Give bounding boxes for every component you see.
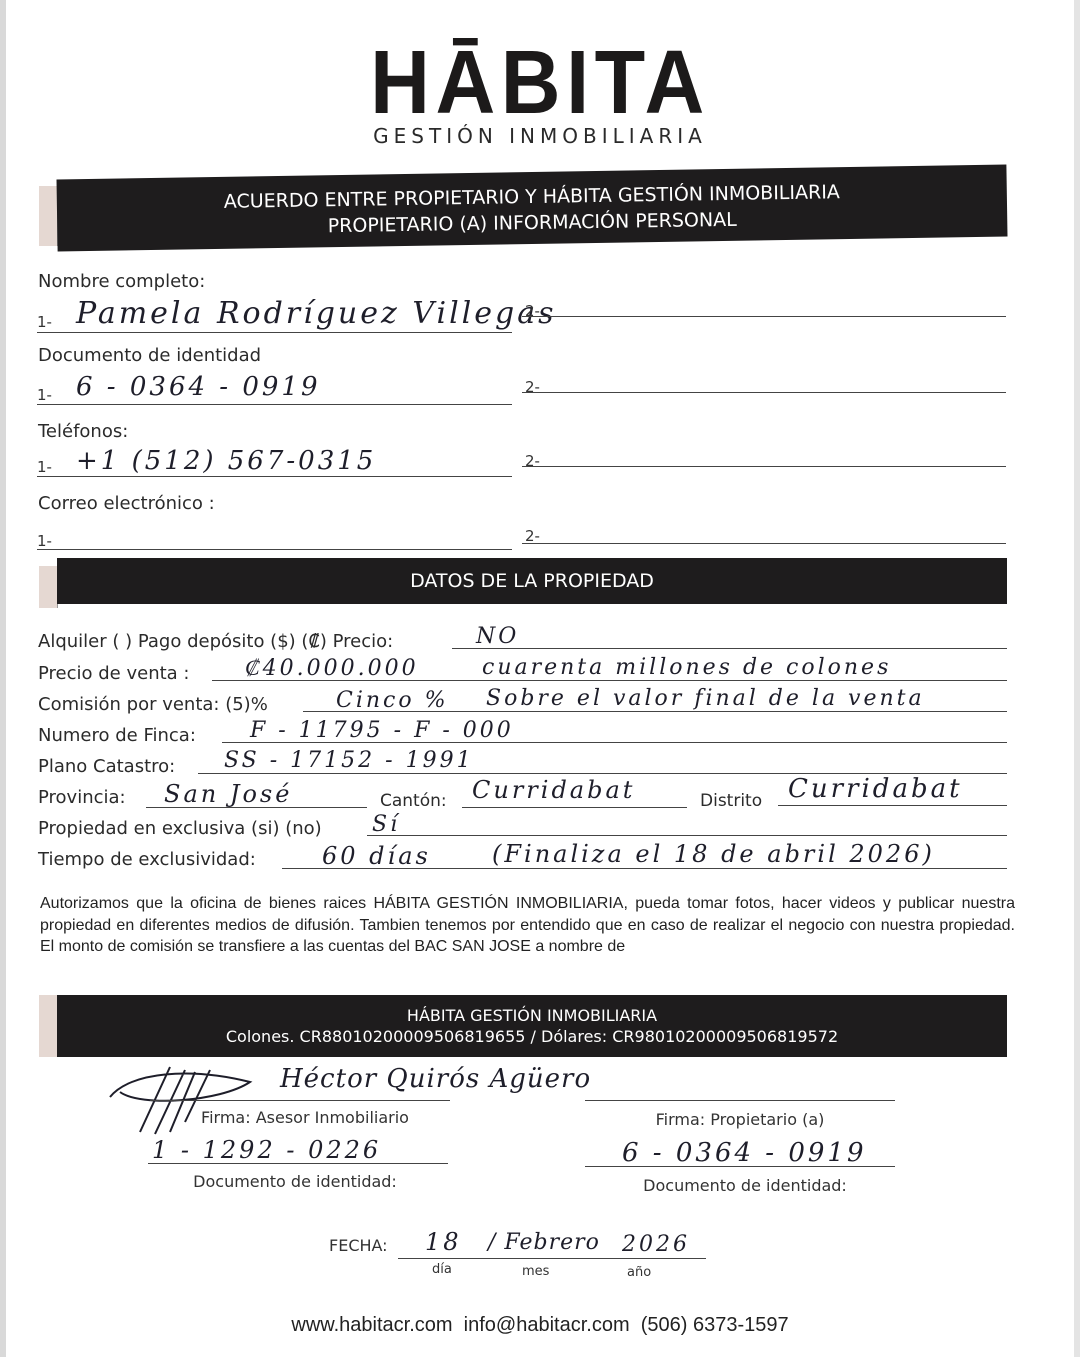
phones-2-line xyxy=(522,466,1006,467)
id-document-1-line xyxy=(37,404,512,405)
finca-line xyxy=(222,742,1007,743)
id-document-1-prefix: 1- xyxy=(37,386,52,404)
date-day-label: día xyxy=(432,1262,452,1277)
footer-website[interactable]: www.habitacr.com xyxy=(291,1314,452,1336)
district-label: Distrito xyxy=(700,791,762,811)
page-edge-right xyxy=(1074,0,1080,1357)
province-value[interactable]: San José xyxy=(164,780,292,808)
authorization-text: Autorizamos que la oficina de bienes rai… xyxy=(40,893,1015,958)
advisor-id-value[interactable]: 1 - 1292 - 0226 xyxy=(152,1136,381,1164)
rental-value[interactable]: NO xyxy=(476,624,519,649)
band-tab xyxy=(39,186,58,246)
footer-email[interactable]: info@habitacr.com xyxy=(464,1314,630,1336)
email-1-line xyxy=(37,549,512,550)
email-1-prefix: 1- xyxy=(37,532,52,550)
section-property-header: DATOS DE LA PROPIEDAD xyxy=(57,558,1007,604)
district-value[interactable]: Curridabat xyxy=(788,774,963,804)
date-month-label: mes xyxy=(522,1264,549,1279)
finca-label: Numero de Finca: xyxy=(38,725,196,746)
advisor-signature-scribble xyxy=(100,1062,260,1142)
full-name-label: Nombre completo: xyxy=(38,271,205,292)
id-document-1-value[interactable]: 6 - 0364 - 0919 xyxy=(76,372,321,402)
phones-1-prefix: 1- xyxy=(37,458,52,476)
advisor-id-label: Documento de identidad: xyxy=(140,1172,450,1191)
district-line xyxy=(778,805,1007,806)
owner-signature-line xyxy=(585,1100,895,1101)
date-label: FECHA: xyxy=(329,1236,388,1255)
full-name-1-prefix: 1- xyxy=(37,313,52,331)
commission-words[interactable]: Sobre el valor final de la venta xyxy=(486,686,925,711)
brand-logo: HĀBITA xyxy=(43,38,1037,128)
canton-label: Cantón: xyxy=(380,791,447,811)
canton-value[interactable]: Curridabat xyxy=(472,776,635,804)
date-month[interactable]: / Febrero xyxy=(488,1230,600,1255)
full-name-2-line xyxy=(522,316,1006,317)
exclusive-time-note[interactable]: (Finaliza el 18 de abril 2026) xyxy=(492,840,935,868)
bank-info-header: HÁBITA GESTIÓN INMOBILIARIA Colones. CR8… xyxy=(57,995,1007,1057)
brand-tagline: GESTIÓN INMOBILIARIA xyxy=(0,124,1080,148)
exclusive-time-value[interactable]: 60 días xyxy=(322,842,431,870)
bank-accounts: Colones. CR88010200009506819655 / Dólare… xyxy=(57,1026,1007,1047)
commission-label: Comisión por venta: (5)% xyxy=(38,694,268,715)
footer-phone: (506) 6373-1597 xyxy=(641,1314,789,1336)
finca-value[interactable]: F - 11795 - F - 000 xyxy=(250,718,514,743)
exclusive-line xyxy=(367,835,1007,836)
phones-2-prefix: 2- xyxy=(525,452,540,470)
footer-contact: www.habitacr.com info@habitacr.com (506)… xyxy=(0,1314,1080,1337)
band-tab xyxy=(39,995,58,1057)
date-year-label: año xyxy=(627,1265,651,1280)
date-year[interactable]: 2026 xyxy=(622,1232,690,1257)
exclusive-label: Propiedad en exclusiva (si) (no) xyxy=(38,818,322,839)
rental-label: Alquiler ( ) Pago depósito ($) (₡) Preci… xyxy=(38,631,393,652)
id-document-2-prefix: 2- xyxy=(525,378,540,396)
full-name-1-line xyxy=(37,332,512,333)
phones-1-value[interactable]: +1 (512) 567-0315 xyxy=(76,446,376,476)
owner-id-label: Documento de identidad: xyxy=(590,1176,900,1195)
advisor-name[interactable]: Héctor Quirós Agüero xyxy=(280,1064,591,1094)
sale-price-words[interactable]: cuarenta millones de colones xyxy=(482,655,891,680)
id-document-label: Documento de identidad xyxy=(38,345,261,366)
owner-signature-label: Firma: Propietario (a) xyxy=(585,1110,895,1129)
owner-id-value[interactable]: 6 - 0364 - 0919 xyxy=(622,1138,867,1168)
email-2-line xyxy=(522,543,1006,544)
bank-title: HÁBITA GESTIÓN INMOBILIARIA xyxy=(57,1005,1007,1026)
commission-value[interactable]: Cinco % xyxy=(336,688,449,713)
exclusive-time-label: Tiempo de exclusividad: xyxy=(38,849,256,870)
cadastre-label: Plano Catastro: xyxy=(38,756,175,777)
phones-1-line xyxy=(37,476,512,477)
section-owner-header: ACUERDO ENTRE PROPIETARIO Y HÁBITA GESTI… xyxy=(56,165,1007,252)
cadastre-value[interactable]: SS - 17152 - 1991 xyxy=(224,748,474,773)
advisor-id-line xyxy=(148,1163,448,1164)
id-document-2-line xyxy=(522,392,1006,393)
sale-price-line xyxy=(212,680,1007,681)
full-name-1-value[interactable]: Pamela Rodríguez Villegas xyxy=(76,296,557,331)
band-tab xyxy=(39,566,58,608)
page-edge-left xyxy=(0,0,6,1357)
sale-price-value[interactable]: ₡40.000.000 xyxy=(245,655,419,681)
date-line xyxy=(398,1258,706,1259)
exclusive-value[interactable]: Sí xyxy=(372,812,400,837)
email-label: Correo electrónico : xyxy=(38,493,215,514)
phones-label: Teléfonos: xyxy=(38,421,128,442)
sale-price-label: Precio de venta : xyxy=(38,663,189,684)
date-day[interactable]: 18 xyxy=(425,1228,462,1256)
commission-line xyxy=(303,711,1007,712)
section-property-title: DATOS DE LA PROPIEDAD xyxy=(57,558,1007,604)
canton-line xyxy=(462,807,687,808)
advisor-signature-label: Firma: Asesor Inmobiliario xyxy=(150,1108,460,1127)
full-name-2-prefix: 2- xyxy=(525,302,540,320)
advisor-signature-line xyxy=(150,1100,450,1101)
rental-line xyxy=(452,648,1007,649)
exclusive-time-line xyxy=(282,868,1007,869)
province-line xyxy=(146,807,367,808)
owner-id-line xyxy=(585,1166,895,1167)
province-label: Provincia: xyxy=(38,787,126,808)
